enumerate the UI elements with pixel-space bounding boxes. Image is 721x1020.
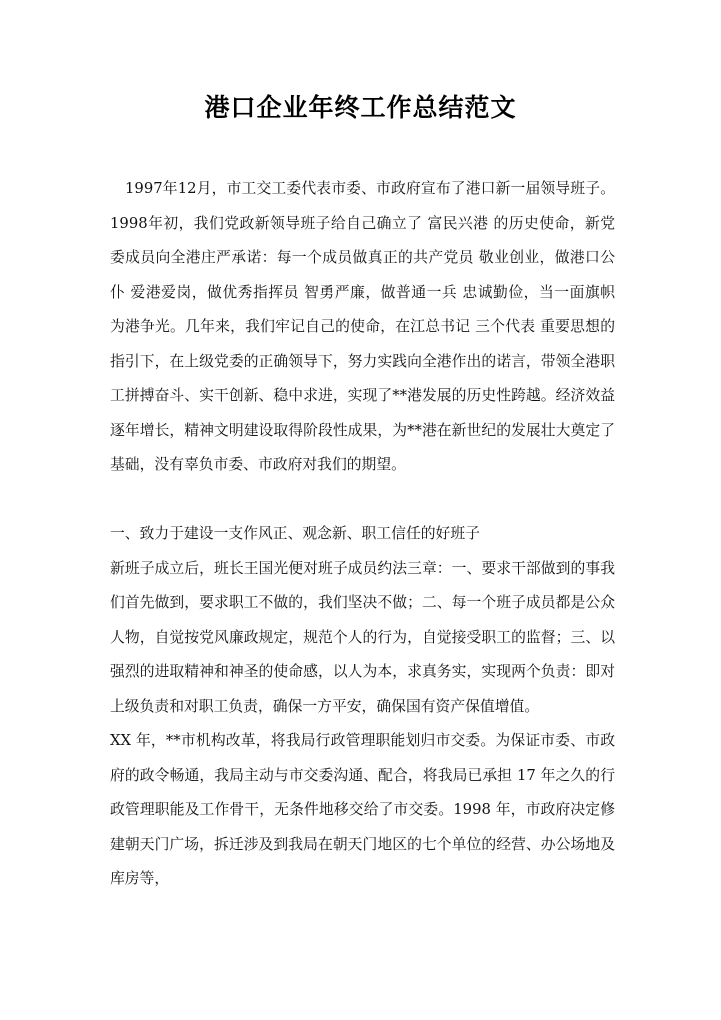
paragraph-spacer: [110, 483, 615, 518]
body-paragraph: XX 年，**市机构改革，将我局行政管理职能划归市交委。为保证市委、市政府的政令…: [110, 724, 615, 897]
section-heading: 一、致力于建设一支作风正、观念新、职工信任的好班子: [110, 517, 615, 552]
document-page: 港口企业年终工作总结范文 1997年12月，市工交工委代表市委、市政府宣布了港口…: [0, 0, 721, 1020]
intro-paragraph: 1997年12月，市工交工委代表市委、市政府宣布了港口新一届领导班子。1998年…: [110, 172, 615, 483]
document-body: 1997年12月，市工交工委代表市委、市政府宣布了港口新一届领导班子。1998年…: [110, 172, 615, 897]
body-paragraph: 新班子成立后，班长王国光便对班子成员约法三章：一、要求干部做到的事我们首先做到，…: [110, 552, 615, 725]
document-title: 港口企业年终工作总结范文: [0, 88, 721, 124]
